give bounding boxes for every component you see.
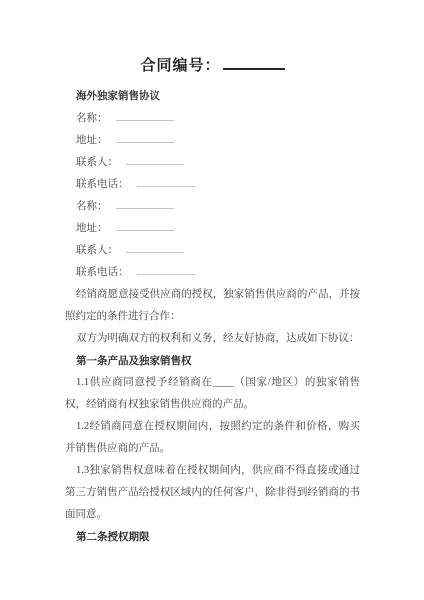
field-label-contact-2: 联系人： (76, 245, 118, 256)
agreement-title: 海外独家销售协议 (65, 86, 360, 108)
field-row-phone-2: 联系电话： (65, 262, 360, 284)
blank-line (126, 242, 184, 253)
field-label-phone-1: 联系电话： (76, 179, 129, 190)
field-label-phone-2: 联系电话： (76, 267, 129, 278)
blank-line (116, 110, 174, 121)
field-label-address-1: 地址： (76, 135, 108, 146)
field-row-address-2: 地址： (65, 218, 360, 240)
field-label-contact-1: 联系人： (76, 157, 118, 168)
field-row-name-1: 名称： (65, 108, 360, 130)
intro-paragraph-2: 双方为明确双方的权利和义务，经友好协商，达成如下协议： (65, 328, 360, 350)
blank-line (137, 264, 195, 275)
section-heading-article-1: 第一条产品及独家销售权 (65, 350, 360, 372)
contract-number-heading: 合同编号： (65, 55, 360, 76)
blank-line (126, 154, 184, 165)
field-label-name-1: 名称： (76, 113, 108, 124)
contract-number-blank-line (223, 58, 285, 70)
contract-number-label: 合同编号： (140, 57, 220, 74)
clause-paragraph-1-3: 1.3独家销售权意味着在授权期间内，供应商不得直接或通过第三方销售产品给授权区域… (65, 460, 360, 526)
field-row-address-1: 地址： (65, 130, 360, 152)
blank-line (116, 132, 174, 143)
blank-line (116, 220, 174, 231)
field-row-name-2: 名称： (65, 196, 360, 218)
section-heading-article-2: 第二条授权期限 (65, 526, 360, 548)
clause-paragraph-1-1: 1.1供应商同意授予经销商在____（国家/地区）的独家销售权，经销商有权独家销… (65, 372, 360, 416)
blank-line (137, 176, 195, 187)
clause-paragraph-1-2: 1.2经销商同意在授权期间内，按照约定的条件和价格，购买并销售供应商的产品。 (65, 416, 360, 460)
field-label-address-2: 地址： (76, 223, 108, 234)
field-label-name-2: 名称： (76, 201, 108, 212)
field-row-contact-2: 联系人： (65, 240, 360, 262)
document-content: 合同编号： 海外独家销售协议 名称： 地址： 联系人： 联系电话： 名称： 地址… (0, 0, 424, 548)
field-row-contact-1: 联系人： (65, 152, 360, 174)
blank-line (116, 198, 174, 209)
document-body: 海外独家销售协议 名称： 地址： 联系人： 联系电话： 名称： 地址： 联系人：… (65, 86, 360, 548)
intro-paragraph-1: 经销商愿意接受供应商的授权，独家销售供应商的产品，并按照约定的条件进行合作： (65, 284, 360, 328)
contract-document-page: 合同编号： 海外独家销售协议 名称： 地址： 联系人： 联系电话： 名称： 地址… (0, 0, 424, 600)
field-row-phone-1: 联系电话： (65, 174, 360, 196)
